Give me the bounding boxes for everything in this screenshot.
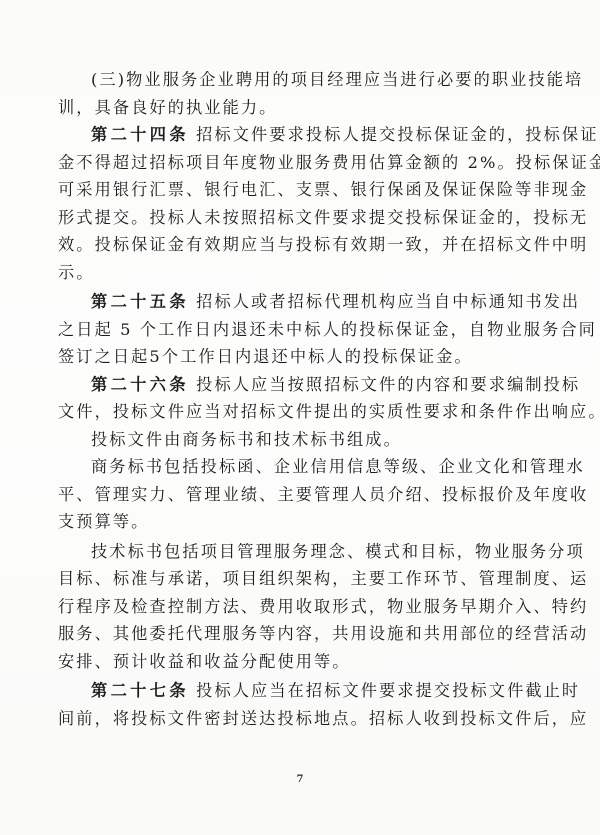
article-label: 第二十七条 <box>91 681 189 700</box>
paragraph-line: 之日起 5 个工作日内退还未中标人的投标保证金，自物业服务合同 <box>58 316 528 344</box>
article-25-heading-line: 第二十五条 招标人或者招标代理机构应当自中标通知书发出 <box>58 288 528 316</box>
paragraph-line: 形式提交。投标人未按照招标文件要求提交投标保证金的，投标无 <box>58 204 528 232</box>
paragraph-line: 安排、预计收益和收益分配使用等。 <box>58 648 528 676</box>
paragraph-line: 间前，将投标文件密封送达投标地点。招标人收到投标文件后，应 <box>58 705 528 733</box>
paragraph-text: 招标文件要求投标人提交投标保证金的，投标保证 <box>189 125 599 144</box>
page-number: 7 <box>0 774 600 785</box>
paragraph-line: 商务标书包括投标函、企业信用信息等级、企业文化和管理水 <box>58 453 528 481</box>
document-page: (三)物业服务企业聘用的项目经理应当进行必要的职业技能培 训，具备良好的执业能力… <box>0 0 600 835</box>
paragraph-line: 效。投标保证金有效期应当与投标有效期一致，并在招标文件中明 <box>58 231 528 259</box>
article-label: 第二十四条 <box>91 125 189 144</box>
paragraph-line: 行程序及检查控制方法、费用收取形式，物业服务早期介入、特约 <box>58 593 528 621</box>
paragraph-line: 服务、其他委托代理服务等内容，共用设施和共用部位的经营活动 <box>58 620 528 648</box>
paragraph-line: 文件，投标文件应当对招标文件提出的实质性要求和条件作出响应。 <box>58 398 528 426</box>
paragraph-line: 训，具备良好的执业能力。 <box>58 94 528 122</box>
paragraph-text: 投标人应当在招标文件要求提交投标文件截止时 <box>189 681 580 700</box>
paragraph-line: 示。 <box>58 259 528 287</box>
paragraph-line: 平、管理实力、管理业绩、主要管理人员介绍、投标报价及年度收 <box>58 481 528 509</box>
paragraph-text: 投标人应当按照招标文件的内容和要求编制投标 <box>189 375 580 394</box>
paragraph-text: 招标人或者招标代理机构应当自中标通知书发出 <box>189 292 580 311</box>
paragraph-line: 技术标书包括项目管理服务理念、模式和目标，物业服务分项 <box>58 538 528 566</box>
article-26-heading-line: 第二十六条 投标人应当按照招标文件的内容和要求编制投标 <box>58 371 528 399</box>
article-label: 第二十五条 <box>91 292 189 311</box>
paragraph-line: 目标、标准与承诺，项目组织架构，主要工作环节、管理制度、运 <box>58 565 528 593</box>
paragraph-line: 支预算等。 <box>58 508 528 536</box>
paragraph-line: 投标文件由商务标书和技术标书组成。 <box>58 426 528 454</box>
document-body: (三)物业服务企业聘用的项目经理应当进行必要的职业技能培 训，具备良好的执业能力… <box>58 66 528 732</box>
paragraph-line: 签订之日起5个工作日内退还中标人的投标保证金。 <box>58 343 528 371</box>
paragraph-line: (三)物业服务企业聘用的项目经理应当进行必要的职业技能培 <box>58 66 528 94</box>
paragraph-line: 金不得超过招标项目年度物业服务费用估算金额的 2%。投标保证金 <box>58 149 528 177</box>
article-27-heading-line: 第二十七条 投标人应当在招标文件要求提交投标文件截止时 <box>58 677 528 705</box>
article-label: 第二十六条 <box>91 375 189 394</box>
paragraph-line: 可采用银行汇票、银行电汇、支票、银行保函及保证保险等非现金 <box>58 176 528 204</box>
article-24-heading-line: 第二十四条 招标文件要求投标人提交投标保证金的，投标保证 <box>58 121 528 149</box>
